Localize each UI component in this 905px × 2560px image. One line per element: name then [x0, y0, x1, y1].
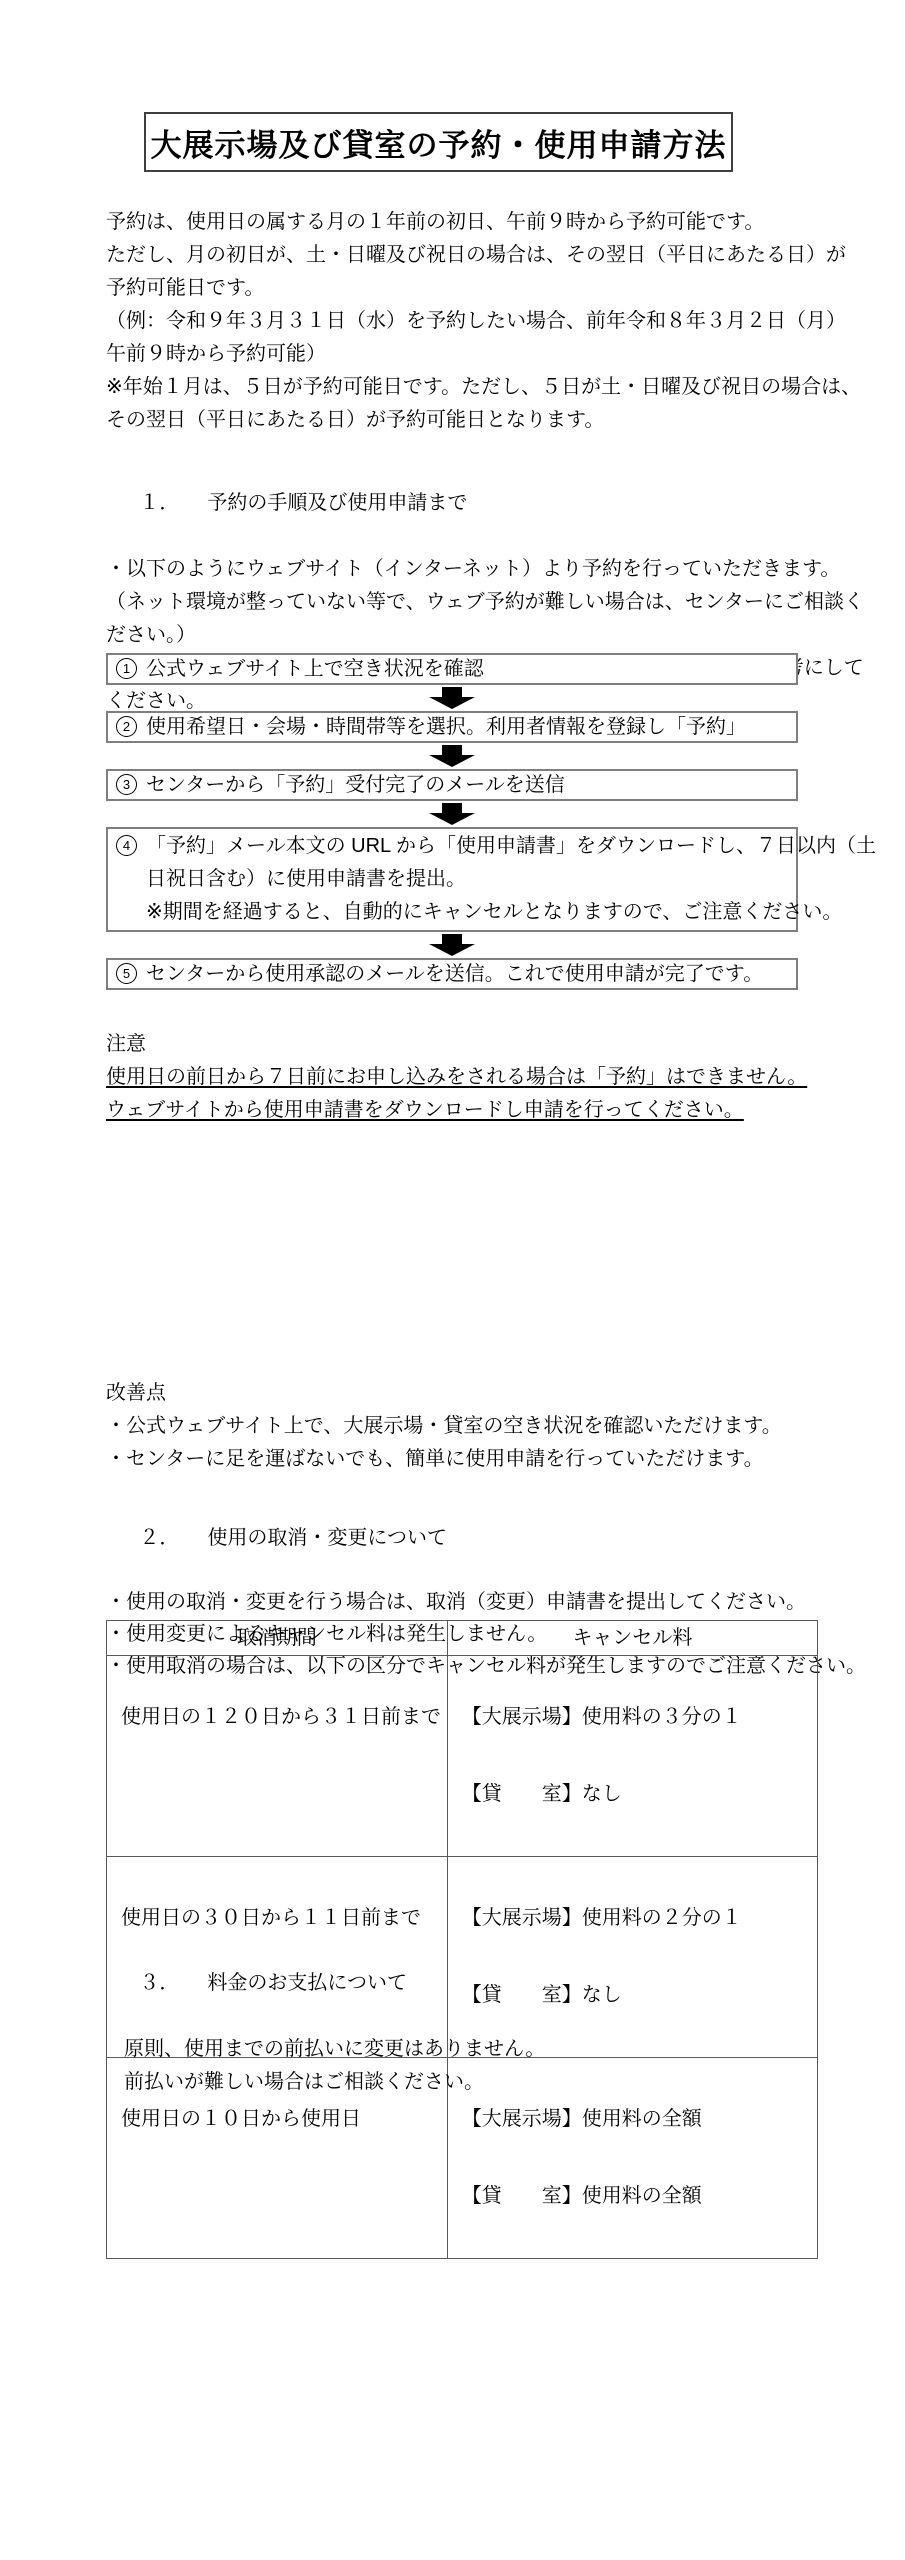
- improvements-heading: 改善点: [106, 1377, 806, 1410]
- arrow-head: [429, 944, 475, 956]
- flow-step-3-box: 3 センターから「予約」受付完了のメールを送信: [106, 769, 798, 801]
- text-line: ※年始１月は、５日が予約可能日です。ただし、５日が土・日曜及び祝日の場合は、: [106, 371, 806, 404]
- flow-step-4-text: 「予約」メール本文の URL から「使用申請書」をダウンロードし、７日以内（土 …: [146, 830, 876, 929]
- section-3-body: 原則、使用までの前払いに変更はありません。 前払いが難しい場合はご相談ください。: [106, 2033, 806, 2099]
- reservation-flow-diagram: 1 公式ウェブサイト上で空き状況を確認 2 使用希望日・会場・時間帯等を選択。利…: [106, 653, 798, 990]
- down-arrow-icon: [429, 687, 475, 709]
- text-line: 【貸 室】なし: [462, 1779, 817, 1810]
- improvements-section: 改善点 ・公式ウェブサイト上で、大展示場・貸室の空き状況を確認いただけます。 ・…: [106, 1377, 806, 1476]
- text-line: 午前９時から予約可能）: [106, 338, 806, 371]
- text-line: ※期間を経過すると、自動的にキャンセルとなりますので、ご注意ください。: [146, 896, 876, 929]
- text-line: センターから使用承認のメールを送信。これで使用申請が完了です。: [146, 961, 788, 987]
- document-title: 大展示場及び貸室の予約・使用申請方法: [151, 120, 727, 165]
- text-line: ・公式ウェブサイト上で、大展示場・貸室の空き状況を確認いただけます。: [106, 1410, 806, 1443]
- arrow-head: [429, 697, 475, 709]
- document-page: 大展示場及び貸室の予約・使用申請方法 予約は、使用日の属する月の１年前の初日、午…: [0, 0, 905, 2560]
- text-line: （例：令和９年３月３１日（水）を予約したい場合、前年令和８年３月２日（月）: [106, 305, 806, 338]
- flow-step-5-box: 5 センターから使用承認のメールを送信。これで使用申請が完了です。: [106, 958, 798, 990]
- text-line: 「予約」メール本文の URL から「使用申請書」をダウンロードし、７日以内（土: [146, 830, 876, 863]
- text-line: ・使用の取消・変更を行う場合は、取消（変更）申請書を提出してください。: [106, 1586, 806, 1618]
- text-line: （ネット環境が整っていない等で、ウェブ予約が難しい場合は、センターにご相談く: [106, 586, 806, 619]
- circled-number-2: 2: [116, 716, 137, 737]
- arrow-stem: [442, 934, 462, 944]
- arrow-stem: [442, 745, 462, 755]
- text-line: 【大展示場】使用料の３分の１: [462, 1702, 817, 1733]
- notice-text-line: ウェブサイトから使用申請書をダウンロードし申請を行ってください。: [106, 1094, 806, 1127]
- circled-number-3: 3: [116, 774, 137, 795]
- text-line: ださい。）: [106, 619, 806, 652]
- text-line: センターから「予約」受付完了のメールを送信: [146, 772, 788, 798]
- flow-step-1-text: 公式ウェブサイト上で空き状況を確認: [146, 656, 788, 682]
- section-2-title: 使用の取消・変更について: [207, 1527, 447, 1549]
- column-header-cancel-period: 取消期間: [107, 1621, 448, 1656]
- down-arrow-icon: [429, 745, 475, 767]
- text-line: 予約可能日です。: [106, 272, 806, 305]
- text-line: ・センターに足を運ばないでも、簡単に使用申請を行っていただけます。: [106, 1443, 806, 1476]
- section-1-title: 予約の手順及び使用申請まで: [207, 492, 467, 514]
- section-3-heading: ３．料金のお支払について: [106, 1934, 806, 2033]
- table-row: 使用日の１２０日から３１日前まで 【大展示場】使用料の３分の１ 【貸 室】なし: [107, 1656, 818, 1857]
- circled-number-4: 4: [116, 835, 137, 856]
- circled-number-1: 1: [116, 658, 137, 679]
- flow-step-5-text: センターから使用承認のメールを送信。これで使用申請が完了です。: [146, 961, 788, 987]
- document-title-box: 大展示場及び貸室の予約・使用申請方法: [144, 112, 733, 172]
- text-line: 予約は、使用日の属する月の１年前の初日、午前９時から予約可能です。: [106, 206, 806, 239]
- flow-step-2-text: 使用希望日・会場・時間帯等を選択。利用者情報を登録し「予約」: [146, 714, 788, 740]
- flow-step-4-box: 4 「予約」メール本文の URL から「使用申請書」をダウンロードし、７日以内（…: [106, 827, 798, 932]
- notice-heading: 注意: [106, 1028, 806, 1061]
- notice-text-line: 使用日の前日から７日前にお申し込みをされる場合は「予約」はできません。: [106, 1061, 806, 1094]
- text-line: ただし、月の初日が、土・日曜及び祝日の場合は、その翌日（平日にあたる日）が: [106, 239, 806, 272]
- arrow-stem: [442, 803, 462, 813]
- flow-step-1-box: 1 公式ウェブサイト上で空き状況を確認: [106, 653, 798, 685]
- notice-section: 注意 使用日の前日から７日前にお申し込みをされる場合は「予約」はできません。 ウ…: [106, 1028, 806, 1127]
- intro-paragraph: 予約は、使用日の属する月の１年前の初日、午前９時から予約可能です。 ただし、月の…: [106, 206, 806, 437]
- section-2-heading: ２．使用の取消・変更について: [106, 1490, 806, 1586]
- down-arrow-icon: [429, 934, 475, 956]
- flow-step-2-box: 2 使用希望日・会場・時間帯等を選択。利用者情報を登録し「予約」: [106, 711, 798, 743]
- section-3-title: 料金のお支払について: [207, 1972, 407, 1994]
- text-line: 使用日の３０日から１１日前まで: [121, 1903, 447, 1934]
- text-line: 日祝日含む）に使用申請書を提出。: [146, 863, 876, 896]
- cancel-period-cell: 使用日の１２０日から３１日前まで: [107, 1656, 448, 1857]
- text-line: 前払いが難しい場合はご相談ください。: [124, 2066, 806, 2099]
- flow-step-3-text: センターから「予約」受付完了のメールを送信: [146, 772, 788, 798]
- circled-number-5: 5: [116, 963, 137, 984]
- text-line: ・以下のようにウェブサイト（インターネット）より予約を行っていただきます。: [106, 553, 806, 586]
- text-line: 使用希望日・会場・時間帯等を選択。利用者情報を登録し「予約」: [146, 714, 788, 740]
- section-1-number: １．: [139, 487, 207, 520]
- column-header-cancel-fee: キャンセル料: [447, 1621, 817, 1656]
- text-line: 公式ウェブサイト上で空き状況を確認: [146, 656, 788, 682]
- text-line: 【大展示場】使用料の２分の１: [462, 1903, 817, 1934]
- arrow-head: [429, 813, 475, 825]
- section-3-number: ３．: [139, 1967, 207, 2000]
- text-line: 【大展示場】使用料の全額: [462, 2104, 817, 2135]
- text-line: 原則、使用までの前払いに変更はありません。: [124, 2033, 806, 2066]
- cancel-fee-cell: 【大展示場】使用料の３分の１ 【貸 室】なし: [447, 1656, 817, 1857]
- section-2-number: ２．: [139, 1522, 207, 1554]
- text-line: 使用日の１２０日から３１日前まで: [121, 1702, 447, 1733]
- text-line: 【貸 室】使用料の全額: [462, 2181, 817, 2212]
- arrow-head: [429, 755, 475, 767]
- table-header-row: 取消期間 キャンセル料: [107, 1621, 818, 1656]
- section-1-heading: １．予約の手順及び使用申請まで: [106, 454, 806, 553]
- section-3-payment: ３．料金のお支払について 原則、使用までの前払いに変更はありません。 前払いが難…: [106, 1934, 806, 2099]
- text-line: その翌日（平日にあたる日）が予約可能日となります。: [106, 404, 806, 437]
- down-arrow-icon: [429, 803, 475, 825]
- text-line: 使用日の１０日から使用日: [121, 2104, 447, 2135]
- arrow-stem: [442, 687, 462, 697]
